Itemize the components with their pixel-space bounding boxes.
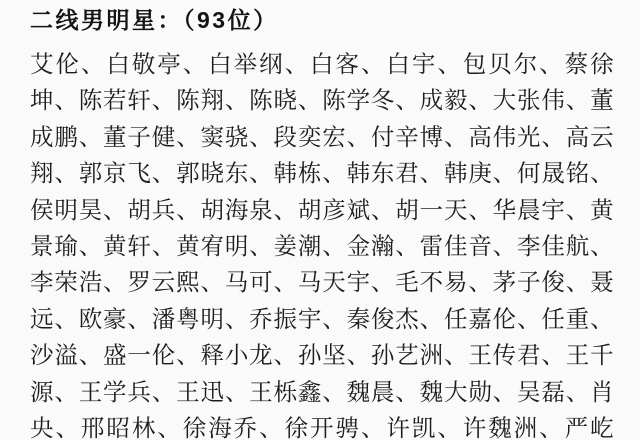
article-page: 二线男明星：（93位） 艾伦、白敬亭、白举纲、白客、白宇、包贝尔、蔡徐 坤、陈若… [0, 0, 640, 440]
name-list-line: 成鹏、董子健、窦骁、段奕宏、付辛博、高伟光、高云 [30, 119, 614, 155]
name-list-line: 翔、郭京飞、郭晓东、韩栋、韩东君、韩庚、何晟铭、 [30, 155, 614, 191]
name-list-line: 坤、陈若轩、陈翔、陈晓、陈学冬、成毅、大张伟、董 [30, 82, 614, 118]
name-list-line: 源、王学兵、王迅、王栎鑫、魏晨、魏大勋、吴磊、肖 [30, 374, 614, 410]
page-title: 二线男明星：（93位） [30, 3, 614, 35]
name-list-line: 李荣浩、罗云熙、马可、马天宇、毛不易、茅子俊、聂 [30, 264, 614, 300]
name-list-line: 央、邢昭林、徐海乔、徐开骋、许凯、许魏洲、严屹 [30, 410, 614, 440]
name-list-line: 艾伦、白敬亭、白举纲、白客、白宇、包贝尔、蔡徐 [30, 46, 614, 82]
name-list-line: 侯明昊、胡兵、胡海泉、胡彦斌、胡一天、华晨宇、黄 [30, 192, 614, 228]
name-list-line: 远、欧豪、潘粤明、乔振宇、秦俊杰、任嘉伦、任重、 [30, 301, 614, 337]
name-list: 艾伦、白敬亭、白举纲、白客、白宇、包贝尔、蔡徐 坤、陈若轩、陈翔、陈晓、陈学冬、… [30, 46, 614, 440]
name-list-line: 景瑜、黄轩、黄宥明、姜潮、金瀚、雷佳音、李佳航、 [30, 228, 614, 264]
name-list-line: 沙溢、盛一伦、释小龙、孙坚、孙艺洲、王传君、王千 [30, 337, 614, 373]
